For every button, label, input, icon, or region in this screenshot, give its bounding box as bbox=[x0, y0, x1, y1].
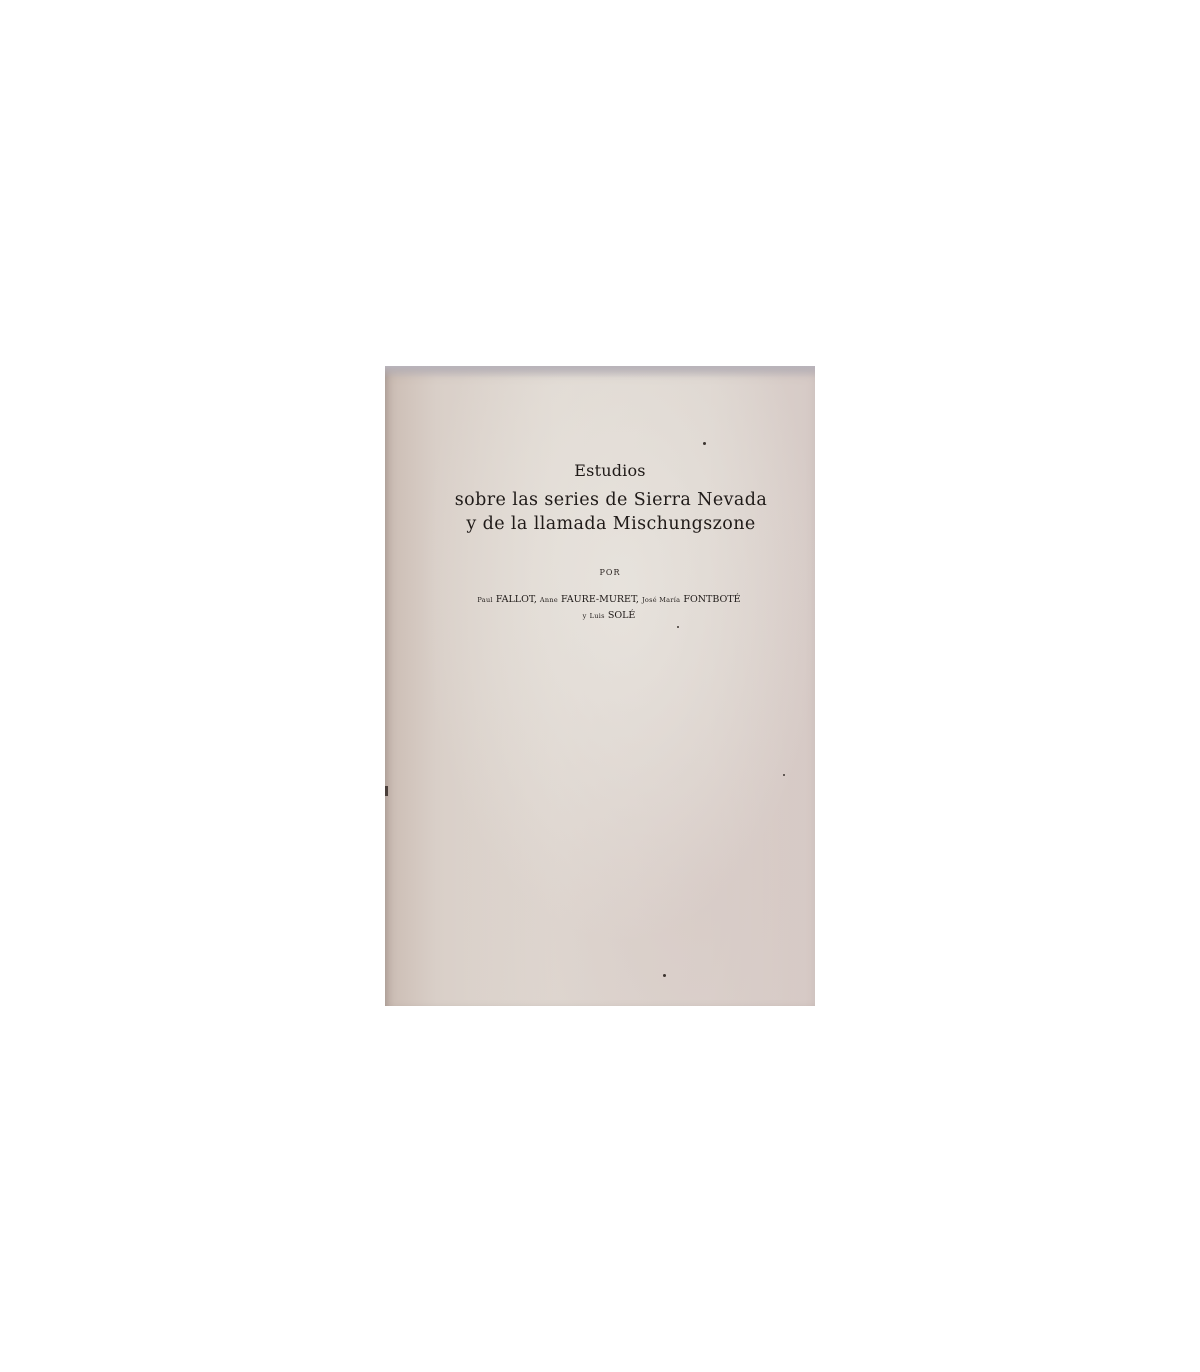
ink-speck bbox=[703, 442, 706, 445]
document-page: Estudios sobre las series de Sierra Neva… bbox=[385, 366, 815, 1006]
subtitle-line-2: y de la llamada Mischungszone bbox=[385, 512, 815, 536]
title-block: Estudios sobre las series de Sierra Neva… bbox=[385, 461, 815, 536]
author-last-name: FONTBOTÉ bbox=[683, 594, 740, 605]
author-last-name: SOLÉ bbox=[608, 610, 636, 621]
author-first-name: José María bbox=[642, 596, 680, 604]
author-last-name: FALLOT, bbox=[496, 594, 537, 605]
authors-line-1: Paul FALLOT, Anne FAURE-MURET, José Marí… bbox=[403, 592, 815, 608]
subtitle-line-1: sobre las series de Sierra Nevada bbox=[385, 488, 815, 512]
ink-speck bbox=[663, 974, 666, 977]
authors-line-2: y Luis SOLÉ bbox=[403, 608, 815, 624]
author-last-name: FAURE-MURET, bbox=[561, 594, 639, 605]
authors: Paul FALLOT, Anne FAURE-MURET, José Marí… bbox=[385, 592, 815, 624]
author-first-name: Anne bbox=[540, 596, 558, 604]
title: Estudios bbox=[385, 461, 815, 480]
author-first-name: Paul bbox=[477, 596, 492, 604]
by-label: POR bbox=[385, 568, 815, 577]
author-first-name: Luis bbox=[590, 612, 605, 620]
ink-speck bbox=[677, 626, 679, 628]
ink-speck bbox=[783, 774, 785, 776]
conjunction: y bbox=[583, 612, 587, 620]
